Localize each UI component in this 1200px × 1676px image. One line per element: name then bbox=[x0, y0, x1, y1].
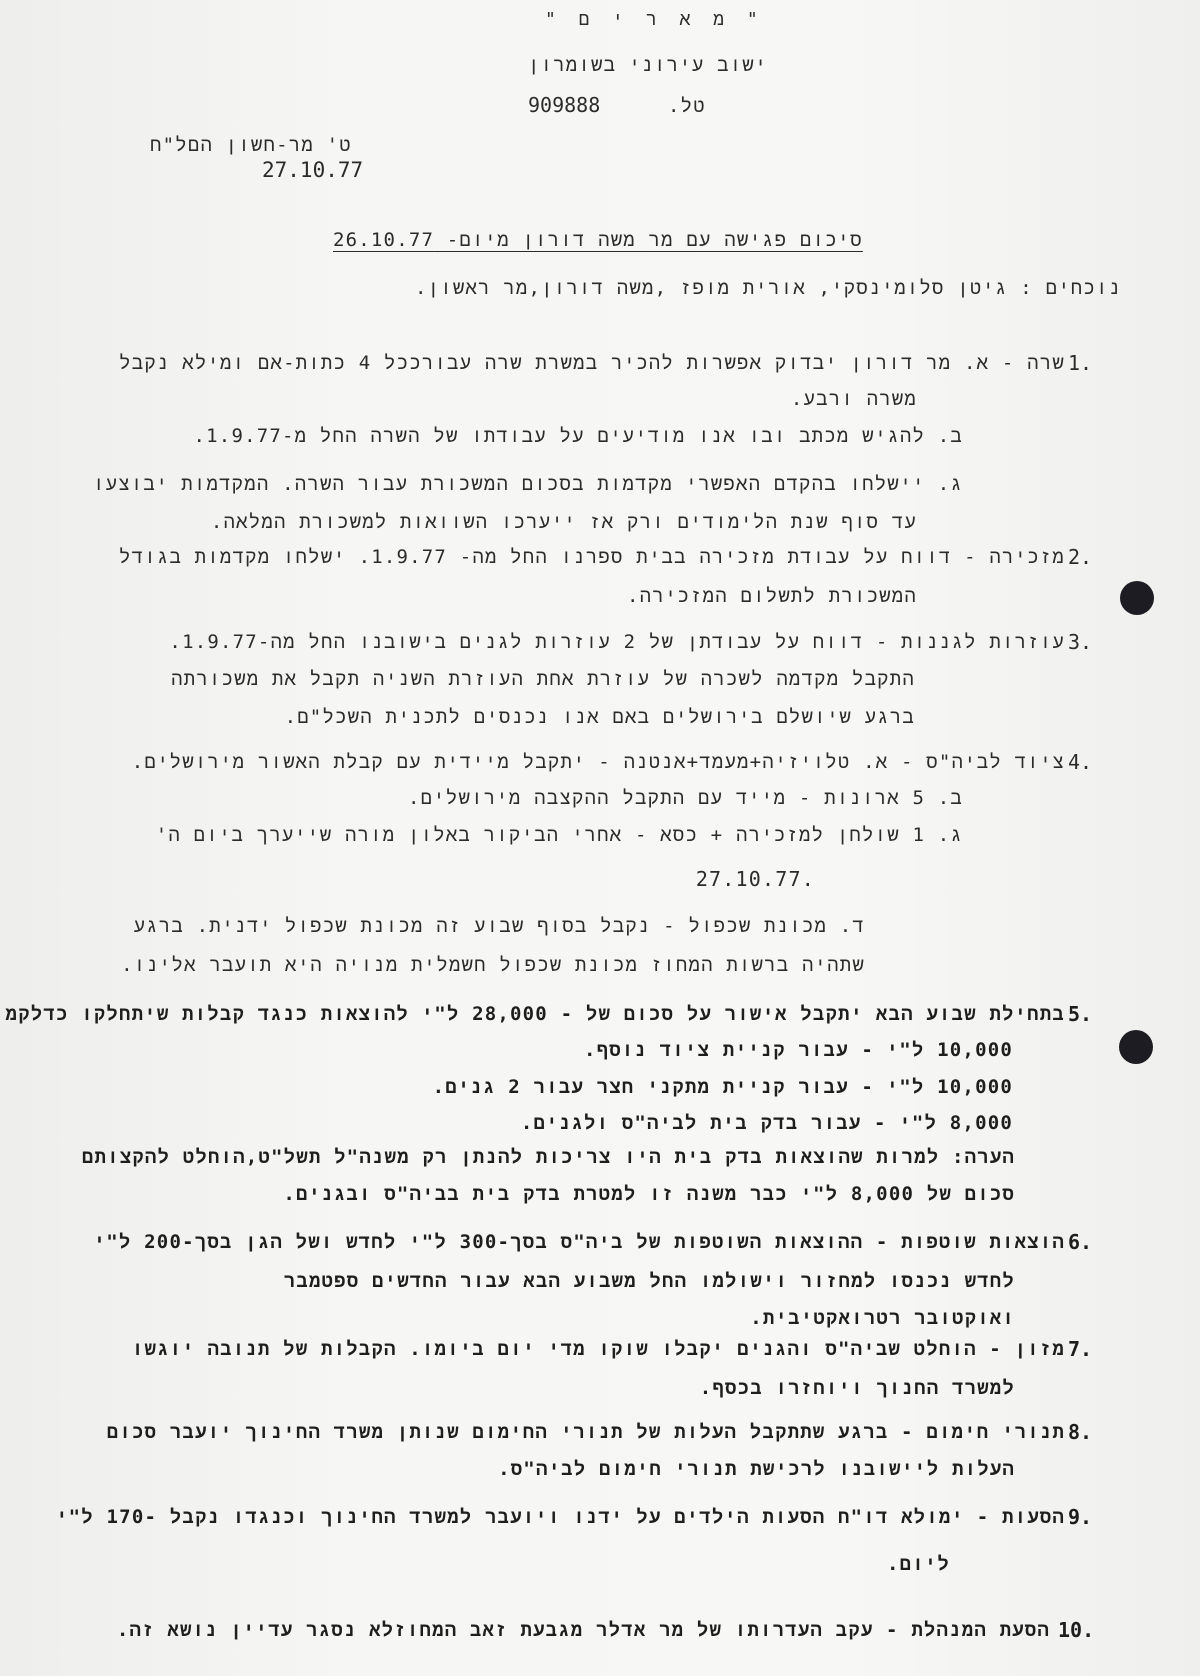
section-6-line-2: לחדש נכנסו למחזור וישולמו החל משבוע הבא … bbox=[284, 1269, 1015, 1293]
section-5-line-1: בתחילת שבוע הבא יתקבל אישור על סכום של -… bbox=[0, 1002, 1065, 1026]
section-1-line-3: ב. להגיש מכתב ובו אנו מודיעים על עבודתו … bbox=[194, 424, 963, 448]
phone-number: 909888 bbox=[528, 93, 600, 117]
attendees: נוכחים : גיטן סלומינסקי, אורית מופז ,משה… bbox=[415, 276, 1121, 300]
hole-punch-bottom bbox=[1119, 1030, 1153, 1064]
section-number: 6. bbox=[1068, 1230, 1092, 1254]
page-title: סיכום פגישה עם מר משה דורון מיום- 26.10.… bbox=[333, 228, 863, 252]
section-2-line-1: מזכירה - דווח על עבודת מזכירה בבית ספרנו… bbox=[119, 545, 1065, 569]
gregorian-date: 27.10.77 bbox=[262, 158, 363, 182]
hebrew-date: ט' מר-חשון הםל"ח bbox=[150, 133, 352, 157]
section-3-line-1: עוזרות לגננות - דווח על עבודתן של 2 עוזר… bbox=[169, 630, 1065, 654]
section-4-line-2: ב. 5 ארונות - מייד עם התקבל ההקצבה מירוש… bbox=[408, 786, 963, 810]
section-number: 7. bbox=[1068, 1337, 1092, 1361]
section-4-line-1: ציוד לביה"ס - א. טלויזיה+מעמד+אנטנה - ית… bbox=[132, 750, 1065, 774]
section-7-line-1: מזון - הוחלט שביה"ס והגנים יקבלו שוקו מד… bbox=[132, 1337, 1065, 1361]
section-number: 1. bbox=[1068, 351, 1092, 375]
section-9-line-2: ליום. bbox=[887, 1552, 950, 1576]
section-4-line-6: שתהיה ברשות המחוז מכונת שכפול חשמלית מנו… bbox=[121, 953, 865, 977]
section-number: 5. bbox=[1068, 1002, 1092, 1026]
section-3-line-3: ברגע שיושלם בירושלים באם אנו נכנסים לתכנ… bbox=[285, 705, 915, 729]
scanned-document: " מ א ר י ם " ישוב עירוני בשומרון טל. 90… bbox=[0, 0, 1200, 1676]
section-4-line-3: ג. 1 שולחן למזכירה + כסא - אחרי הביקור ב… bbox=[156, 823, 963, 847]
section-number: 2. bbox=[1068, 545, 1092, 569]
section-5-line-3: 10,000 ל"י - עבור קניית מתקני חצר עבור 2… bbox=[433, 1075, 1013, 1099]
section-number: 8. bbox=[1068, 1420, 1092, 1444]
section-5-note-line-2: סכום של 8,000 ל"י כבר משנה זו למטרת בדק … bbox=[283, 1182, 1015, 1206]
section-6-line-3: ואוקטובר רטרואקטיבית. bbox=[750, 1306, 1015, 1330]
org-subtitle: ישוב עירוני בשומרון bbox=[528, 53, 768, 77]
section-5-line-4: 8,000 ל"י - עבור בדק בית לביה"ס ולגנים. bbox=[521, 1111, 1013, 1135]
section-7-line-2: למשרד החנוך ויוחזרו בכסף. bbox=[700, 1376, 1015, 1400]
section-number: 4. bbox=[1068, 750, 1092, 774]
section-1-line-4: ג. יישלחו בהקדם האפשרי מקדמות בסכום המשכ… bbox=[93, 472, 963, 496]
section-5-line-2: 10,000 ל"י - עבור קניית ציוד נוסף. bbox=[584, 1038, 1013, 1062]
section-4-line-4: .27.10.77 bbox=[696, 867, 815, 891]
hole-punch-top bbox=[1120, 581, 1154, 615]
section-1-line-5: עד סוף שנת הלימודים ורק אז ייערכו השוואו… bbox=[211, 510, 917, 534]
section-8-line-1: תנורי חימום - ברגע שתתקבל העלות של תנורי… bbox=[107, 1420, 1065, 1444]
section-8-line-2: העלות ליישובנו לרכישת תנורי חימום לביה"ס… bbox=[498, 1457, 1015, 1481]
section-3-line-2: התקבל מקדמה לשכרה של עוזרת אחת העוזרת הש… bbox=[171, 667, 915, 691]
section-number: 3. bbox=[1068, 630, 1092, 654]
section-9-line-1: הסעות - ימולא דו"ח הסעות הילדים על ידנו … bbox=[56, 1505, 1065, 1529]
org-name: " מ א ר י ם " bbox=[545, 8, 764, 32]
section-10-line-1: הסעת המנהלת - עקב העדרותו של מר אדלר מגב… bbox=[117, 1618, 1050, 1642]
section-number: 9. bbox=[1068, 1505, 1092, 1529]
section-1-line-2: משרה ורבע. bbox=[791, 387, 917, 411]
section-6-line-1: הוצאות שוטפות - ההוצאות השוטפות של ביה"ס… bbox=[94, 1230, 1065, 1254]
section-1-line-1: שרה - א. מר דורון יבדוק אפשרות להכיר במש… bbox=[119, 351, 1065, 375]
section-2-line-2: המשכורת לתשלום המזכירה. bbox=[627, 584, 917, 608]
section-5-note-line-1: הערה: למרות שהוצאות בדק בית היו צריכות ל… bbox=[82, 1145, 1015, 1169]
phone-label: טל. bbox=[668, 94, 706, 118]
section-number: 10. bbox=[1058, 1618, 1094, 1642]
section-4-line-5: ד. מכונת שכפול - נקבל בסוף שבוע זה מכונת… bbox=[134, 914, 865, 938]
